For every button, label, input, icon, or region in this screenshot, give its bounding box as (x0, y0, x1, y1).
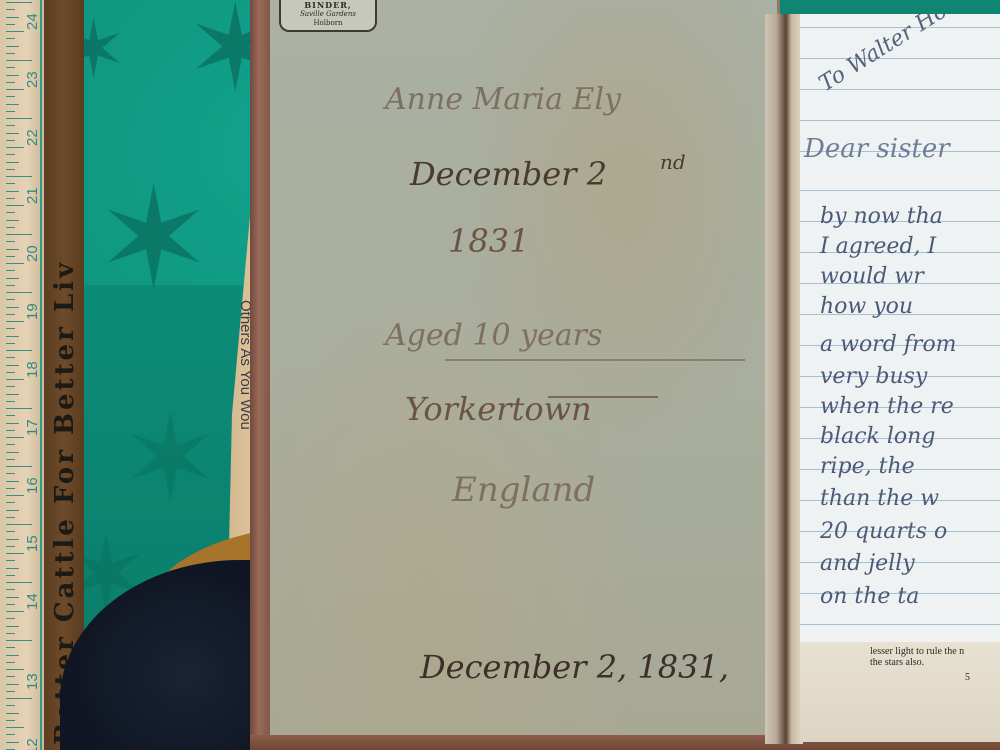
ruler-tick (6, 2, 32, 3)
ruler-tick (6, 691, 15, 692)
star-pattern-icon: ✶ (120, 400, 221, 520)
ruler-tick (6, 495, 24, 496)
inscription-name: Anne Maria Ely (385, 82, 621, 117)
ruler-tick (6, 96, 15, 97)
ruler-tick (6, 350, 32, 351)
ruler-tick (6, 713, 19, 714)
ruler-tick (6, 437, 24, 438)
ruler-number: 23 (24, 71, 41, 88)
ruler-tick (6, 321, 24, 322)
ruler-tick (6, 524, 32, 525)
ruler-tick (6, 67, 15, 68)
letter-line: a word from (820, 332, 957, 357)
ruler-tick (6, 401, 15, 402)
binder-label-title: BINDER, (281, 1, 375, 10)
yardstick-scale: 24 23 22 21 20 19 18 17 16 15 14 13 12 (0, 0, 44, 750)
yardstick: 24 23 22 21 20 19 18 17 16 15 14 13 12 B… (0, 0, 84, 750)
ruler-tick (6, 133, 19, 134)
letter-line: on the ta (820, 584, 919, 609)
ruler-tick (6, 408, 32, 409)
ruler-tick (6, 430, 15, 431)
ruler-tick (6, 328, 15, 329)
ruler-tick (6, 227, 15, 228)
ruler-tick (6, 553, 24, 554)
ruler-tick (6, 336, 19, 337)
ruler-number: 12 (24, 738, 41, 750)
ruler-tick (6, 205, 24, 206)
page-number: 5 (965, 672, 970, 683)
ruler-tick (6, 372, 15, 373)
ruler-number: 22 (24, 129, 41, 146)
ruler-tick (6, 176, 32, 177)
ruler-tick (6, 198, 15, 199)
ruler-tick (6, 111, 15, 112)
binder-label-city: Holborn (281, 19, 375, 28)
ruler-tick (6, 626, 19, 627)
cloth-strip (760, 0, 1000, 14)
ruler-number: 17 (24, 419, 41, 436)
ruler-tick (6, 75, 19, 76)
ruler-tick (6, 618, 15, 619)
letter-line: and jelly (820, 551, 915, 576)
ruler-tick (6, 183, 15, 184)
strikethrough-line (548, 396, 658, 398)
ruler-tick (6, 589, 15, 590)
ruler-tick (6, 517, 15, 518)
letter-line: black long (820, 424, 935, 449)
ruler-tick (6, 597, 19, 598)
letter-line: very busy (820, 364, 927, 389)
letter-salutation: Dear sister (804, 134, 950, 164)
ruler-tick (6, 604, 15, 605)
ruler-tick (6, 394, 19, 395)
ruler-tick (6, 684, 19, 685)
ruler-number: 13 (24, 673, 41, 690)
ruler-tick (6, 220, 19, 221)
printed-line: lesser light to rule the n (870, 646, 964, 657)
ruler-tick (6, 568, 19, 569)
inscription-country: England (452, 470, 595, 510)
ruler-tick (6, 24, 15, 25)
ruler-tick (6, 611, 24, 612)
ruler-tick (6, 212, 15, 213)
inscription-date-suffix: nd (660, 150, 686, 174)
ruler-tick (6, 481, 19, 482)
ruler-tick (6, 531, 15, 532)
ruler-tick (6, 191, 19, 192)
binder-label: BINDER, Saville Gardens Holborn (279, 0, 377, 32)
ruler-tick (6, 343, 15, 344)
ruler-tick (6, 270, 15, 271)
ruler-tick (6, 357, 15, 358)
ruler-tick (6, 140, 15, 141)
ruler-tick (6, 473, 15, 474)
ruler-tick (6, 307, 19, 308)
ruler-tick (6, 46, 19, 47)
handwritten-letter: To Walter Ho Dear sister by now tha I ag… (800, 14, 1000, 642)
ruler-tick (6, 299, 15, 300)
ruler-tick (6, 444, 15, 445)
letter-recipient: To Walter Ho (815, 14, 952, 97)
binder-label-address: Saville Gardens (281, 10, 375, 19)
letter-line: ripe, the (820, 454, 915, 479)
inscription-signature-date: December 2, 1831, (420, 648, 729, 686)
ruler-tick (6, 125, 15, 126)
ruler-tick (6, 415, 15, 416)
ruler-tick (6, 459, 15, 460)
ruler-tick (6, 314, 15, 315)
ruler-tick (6, 263, 24, 264)
ruler-tick (6, 452, 19, 453)
ruler-tick (6, 633, 15, 634)
ruler-tick (6, 742, 19, 743)
ruler-tick (6, 365, 19, 366)
ruler-tick (6, 582, 32, 583)
ruler-tick (6, 647, 15, 648)
ruler-number: 20 (24, 245, 41, 262)
inscription-underline (445, 359, 745, 361)
letter-line: 20 quarts o (820, 519, 947, 544)
letter-line: I agreed, I (820, 234, 936, 259)
ruler-tick (6, 292, 32, 293)
ruler-tick (6, 118, 32, 119)
star-pattern-icon: ✶ (95, 170, 212, 310)
ruler-tick (6, 234, 32, 235)
ruler-tick (6, 285, 15, 286)
ruler-tick (6, 162, 19, 163)
ruler-tick (6, 705, 15, 706)
ruler-tick (6, 256, 15, 257)
ruler-tick (6, 575, 15, 576)
ruler-tick (6, 662, 15, 663)
ruler-tick (6, 655, 19, 656)
letter-line: than the w (820, 486, 939, 511)
ruler-tick (6, 249, 19, 250)
ruler-tick (6, 169, 15, 170)
letter-line: how you (820, 294, 913, 319)
ruler-tick (6, 423, 19, 424)
ruler-tick (6, 53, 15, 54)
ruler-number: 21 (24, 187, 41, 204)
inscription-year: 1831 (448, 222, 529, 260)
ruler-tick (6, 386, 15, 387)
ruler-tick (6, 502, 15, 503)
ruler-tick (6, 669, 24, 670)
ruler-tick (6, 17, 19, 18)
ruler-number: 24 (24, 13, 41, 30)
ruler-tick (6, 676, 15, 677)
ruler-tick (6, 147, 24, 148)
letter-line: by now tha (820, 204, 943, 229)
inscription-date: December 2 (410, 155, 607, 193)
ruler-number: 15 (24, 535, 41, 552)
printed-line: the stars also. (870, 657, 924, 668)
ruler-tick (6, 539, 19, 540)
ruler-number: 16 (24, 477, 41, 494)
ruler-tick (6, 510, 19, 511)
ruler-number: 19 (24, 303, 41, 320)
ruler-number: 18 (24, 361, 41, 378)
ruler-tick (6, 640, 32, 641)
ruler-tick (6, 104, 19, 105)
book-gutter (765, 14, 803, 744)
ruler-tick (6, 31, 24, 32)
ruler-number: 14 (24, 593, 41, 610)
letter-line: when the re (820, 394, 954, 419)
ruler-tick (6, 278, 19, 279)
letter-line: would wr (820, 264, 924, 289)
ruler-tick (6, 720, 15, 721)
ruler-tick (6, 546, 15, 547)
ruler-tick (6, 241, 15, 242)
ruler-tick (6, 466, 32, 467)
ruler-tick (6, 488, 15, 489)
ruler-tick (6, 154, 15, 155)
ruler-tick (6, 60, 32, 61)
ruler-tick (6, 727, 24, 728)
ruler-tick (6, 698, 32, 699)
ruler-tick (6, 379, 24, 380)
ruler-tick (6, 89, 24, 90)
ruler-tick (6, 82, 15, 83)
ruler-tick (6, 38, 15, 39)
ruler-tick (6, 734, 15, 735)
ruler-tick (6, 560, 15, 561)
book-cover-edge (250, 0, 272, 750)
printed-page: lesser light to rule the n the stars als… (800, 642, 1000, 742)
ruler-tick (6, 9, 15, 10)
inscription-age: Aged 10 years (385, 318, 602, 353)
